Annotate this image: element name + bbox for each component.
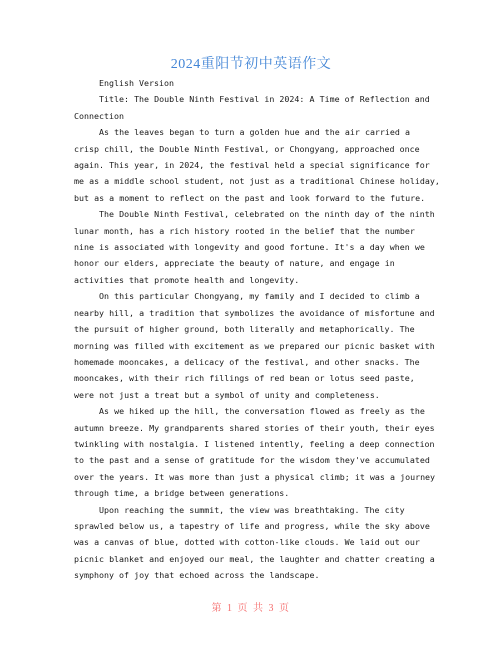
paragraph: As the leaves began to turn a golden hue…	[74, 124, 454, 206]
paragraph: On this particular Chongyang, my family …	[74, 288, 454, 403]
document-body: English Version Title: The Double Ninth …	[74, 75, 454, 584]
paragraph: As we hiked up the hill, the conversatio…	[74, 403, 454, 501]
paragraph-essay-title: Title: The Double Ninth Festival in 2024…	[74, 91, 454, 124]
document-title: 2024重阳节初中英语作文	[0, 56, 502, 73]
paragraph-english-version: English Version	[74, 75, 454, 91]
paragraph: Upon reaching the summit, the view was b…	[74, 502, 454, 584]
page-footer: 第 1 页 共 3 页	[0, 603, 502, 615]
page: 2024重阳节初中英语作文 English Version Title: The…	[0, 0, 502, 649]
paragraph: The Double Ninth Festival, celebrated on…	[74, 206, 454, 288]
